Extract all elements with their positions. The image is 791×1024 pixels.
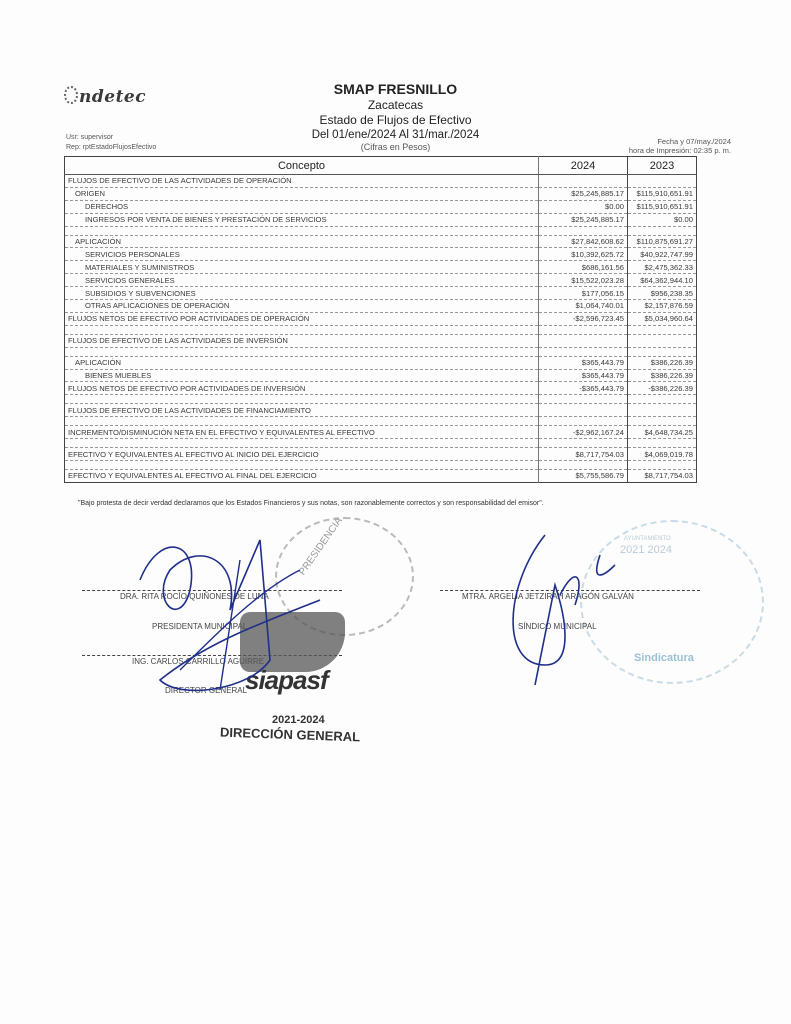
row-value-2023: $40,922,747.99 xyxy=(628,248,697,261)
row-concept: APLICACIÓN xyxy=(65,235,539,248)
row-value-2024: $5,755,586.79 xyxy=(539,470,628,483)
table-row: INCREMENTO/DISMINUCIÓN NETA EN EL EFECTI… xyxy=(65,426,697,439)
row-concept xyxy=(65,347,539,356)
row-value-2024 xyxy=(539,226,628,235)
row-concept: FLUJOS DE EFECTIVO DE LAS ACTIVIDADES DE… xyxy=(65,404,539,417)
row-concept: FLUJOS DE EFECTIVO DE LAS ACTIVIDADES DE… xyxy=(65,334,539,347)
table-spacer-row xyxy=(65,417,697,426)
row-value-2024: $8,717,754.03 xyxy=(539,448,628,461)
col-concepto: Concepto xyxy=(65,157,539,175)
table-row: FLUJOS NETOS DE EFECTIVO POR ACTIVIDADES… xyxy=(65,382,697,395)
row-value-2024 xyxy=(539,175,628,188)
table-row: EFECTIVO Y EQUIVALENTES AL EFECTIVO AL F… xyxy=(65,470,697,483)
col-2023: 2023 xyxy=(628,157,697,175)
report-id-line: Rep: rptEstadoFlujosEfectivo xyxy=(66,144,156,151)
siapasf-department: DIRECCIÓN GENERAL xyxy=(220,725,361,745)
table-row: DERECHOS$0.00$115,910,651.91 xyxy=(65,200,697,213)
row-value-2024: $177,056.15 xyxy=(539,287,628,300)
cash-flow-table: Concepto 2024 2023 FLUJOS DE EFECTIVO DE… xyxy=(64,156,697,483)
row-value-2023: -$386,226.39 xyxy=(628,382,697,395)
row-concept: OTRAS APLICACIONES DE OPERACIÓN xyxy=(65,300,539,313)
entity-state: Zacatecas xyxy=(0,98,791,112)
row-value-2023: $115,910,651.91 xyxy=(628,187,697,200)
row-concept xyxy=(65,395,539,404)
row-value-2024: $25,245,885.17 xyxy=(539,213,628,226)
row-concept: EFECTIVO Y EQUIVALENTES AL EFECTIVO AL I… xyxy=(65,448,539,461)
row-value-2023: $5,034,960.64 xyxy=(628,312,697,325)
row-value-2023: $0.00 xyxy=(628,213,697,226)
row-value-2023: $115,910,651.91 xyxy=(628,200,697,213)
print-time: hora de Impresión: 02:35 p. m. xyxy=(629,146,731,155)
row-concept: FLUJOS NETOS DE EFECTIVO POR ACTIVIDADES… xyxy=(65,382,539,395)
row-concept: FLUJOS DE EFECTIVO DE LAS ACTIVIDADES DE… xyxy=(65,175,539,188)
row-value-2023: $8,717,754.03 xyxy=(628,470,697,483)
row-value-2023 xyxy=(628,226,697,235)
table-row: FLUJOS DE EFECTIVO DE LAS ACTIVIDADES DE… xyxy=(65,334,697,347)
row-concept: INCREMENTO/DISMINUCIÓN NETA EN EL EFECTI… xyxy=(65,426,539,439)
row-concept: MATERIALES Y SUMINISTROS xyxy=(65,261,539,274)
row-value-2024: -$365,443.79 xyxy=(539,382,628,395)
print-info: Fecha y 07/may./2024 hora de Impresión: … xyxy=(629,137,731,155)
row-concept: ORIGEN xyxy=(65,187,539,200)
row-concept xyxy=(65,417,539,426)
row-value-2024: -$2,962,167.24 xyxy=(539,426,628,439)
row-value-2023: $2,475,362.33 xyxy=(628,261,697,274)
row-value-2024: $15,522,023.28 xyxy=(539,274,628,287)
row-concept xyxy=(65,439,539,448)
row-value-2023 xyxy=(628,347,697,356)
row-value-2024: $1,064,740.01 xyxy=(539,300,628,313)
row-concept: SERVICIOS PERSONALES xyxy=(65,248,539,261)
table-header-row: Concepto 2024 2023 xyxy=(65,157,697,175)
row-value-2024: $25,245,885.17 xyxy=(539,187,628,200)
table-spacer-row xyxy=(65,461,697,470)
row-value-2024 xyxy=(539,404,628,417)
row-value-2023 xyxy=(628,439,697,448)
row-value-2023: $64,362,944.10 xyxy=(628,274,697,287)
row-concept: EFECTIVO Y EQUIVALENTES AL EFECTIVO AL F… xyxy=(65,470,539,483)
row-concept: SERVICIOS GENERALES xyxy=(65,274,539,287)
table-body: FLUJOS DE EFECTIVO DE LAS ACTIVIDADES DE… xyxy=(65,175,697,483)
row-value-2023: $956,238.35 xyxy=(628,287,697,300)
row-value-2023: $386,226.39 xyxy=(628,356,697,369)
col-2024: 2024 xyxy=(539,157,628,175)
print-date: Fecha y 07/may./2024 xyxy=(629,137,731,146)
row-value-2023 xyxy=(628,404,697,417)
siapasf-period: 2021-2024 xyxy=(272,714,325,726)
table-spacer-row xyxy=(65,325,697,334)
table-spacer-row xyxy=(65,226,697,235)
table-spacer-row xyxy=(65,439,697,448)
table-spacer-row xyxy=(65,395,697,404)
user-line: Usr: supervisor xyxy=(66,134,113,141)
row-value-2023 xyxy=(628,325,697,334)
row-value-2023: $4,648,734.25 xyxy=(628,426,697,439)
report-title: Estado de Flujos de Efectivo xyxy=(0,113,791,127)
declaration-text: "Bajo protesta de decir verdad declaramo… xyxy=(78,500,544,507)
row-concept: INGRESOS POR VENTA DE BIENES Y PRESTACIÓ… xyxy=(65,213,539,226)
signature-scribble-right xyxy=(505,525,625,695)
table-row: MATERIALES Y SUMINISTROS$686,161.56$2,47… xyxy=(65,261,697,274)
table-row: OTRAS APLICACIONES DE OPERACIÓN$1,064,74… xyxy=(65,300,697,313)
row-value-2024 xyxy=(539,417,628,426)
table-row: APLICACIÓN$365,443.79$386,226.39 xyxy=(65,356,697,369)
row-value-2024: $365,443.79 xyxy=(539,356,628,369)
row-value-2023 xyxy=(628,395,697,404)
row-value-2023: $386,226.39 xyxy=(628,369,697,382)
row-concept: DERECHOS xyxy=(65,200,539,213)
row-value-2024 xyxy=(539,334,628,347)
table-row: APLICACIÓN$27,842,608.62$110,875,691.27 xyxy=(65,235,697,248)
table-row: SERVICIOS GENERALES$15,522,023.28$64,362… xyxy=(65,274,697,287)
table-row: ORIGEN$25,245,885.17$115,910,651.91 xyxy=(65,187,697,200)
row-concept: FLUJOS NETOS DE EFECTIVO POR ACTIVIDADES… xyxy=(65,312,539,325)
row-value-2024 xyxy=(539,395,628,404)
row-value-2023: $4,069,019.78 xyxy=(628,448,697,461)
row-value-2024: $0.00 xyxy=(539,200,628,213)
table-row: SUBSIDIOS Y SUBVENCIONES$177,056.15$956,… xyxy=(65,287,697,300)
table-row: FLUJOS DE EFECTIVO DE LAS ACTIVIDADES DE… xyxy=(65,175,697,188)
row-value-2023 xyxy=(628,417,697,426)
entity-name: SMAP FRESNILLO xyxy=(0,81,791,97)
row-value-2024: $686,161.56 xyxy=(539,261,628,274)
row-value-2024 xyxy=(539,325,628,334)
row-concept xyxy=(65,461,539,470)
row-concept: BIENES MUEBLES xyxy=(65,369,539,382)
row-value-2024 xyxy=(539,439,628,448)
row-value-2023 xyxy=(628,334,697,347)
row-value-2023 xyxy=(628,175,697,188)
row-value-2024: $27,842,608.62 xyxy=(539,235,628,248)
table-row: INGRESOS POR VENTA DE BIENES Y PRESTACIÓ… xyxy=(65,213,697,226)
table-row: BIENES MUEBLES$365,443.79$386,226.39 xyxy=(65,369,697,382)
table-spacer-row xyxy=(65,347,697,356)
row-value-2024 xyxy=(539,461,628,470)
row-concept xyxy=(65,325,539,334)
row-value-2024: -$2,596,723.45 xyxy=(539,312,628,325)
row-concept: SUBSIDIOS Y SUBVENCIONES xyxy=(65,287,539,300)
table-row: FLUJOS DE EFECTIVO DE LAS ACTIVIDADES DE… xyxy=(65,404,697,417)
row-value-2024 xyxy=(539,347,628,356)
row-concept xyxy=(65,226,539,235)
table-row: FLUJOS NETOS DE EFECTIVO POR ACTIVIDADES… xyxy=(65,312,697,325)
table-row: SERVICIOS PERSONALES$10,392,625.72$40,92… xyxy=(65,248,697,261)
row-value-2023 xyxy=(628,461,697,470)
row-value-2023: $2,157,876.59 xyxy=(628,300,697,313)
row-value-2024: $365,443.79 xyxy=(539,369,628,382)
signature-scribbles-left xyxy=(120,520,340,710)
row-value-2023: $110,875,691.27 xyxy=(628,235,697,248)
table-row: EFECTIVO Y EQUIVALENTES AL EFECTIVO AL I… xyxy=(65,448,697,461)
row-concept: APLICACIÓN xyxy=(65,356,539,369)
row-value-2024: $10,392,625.72 xyxy=(539,248,628,261)
